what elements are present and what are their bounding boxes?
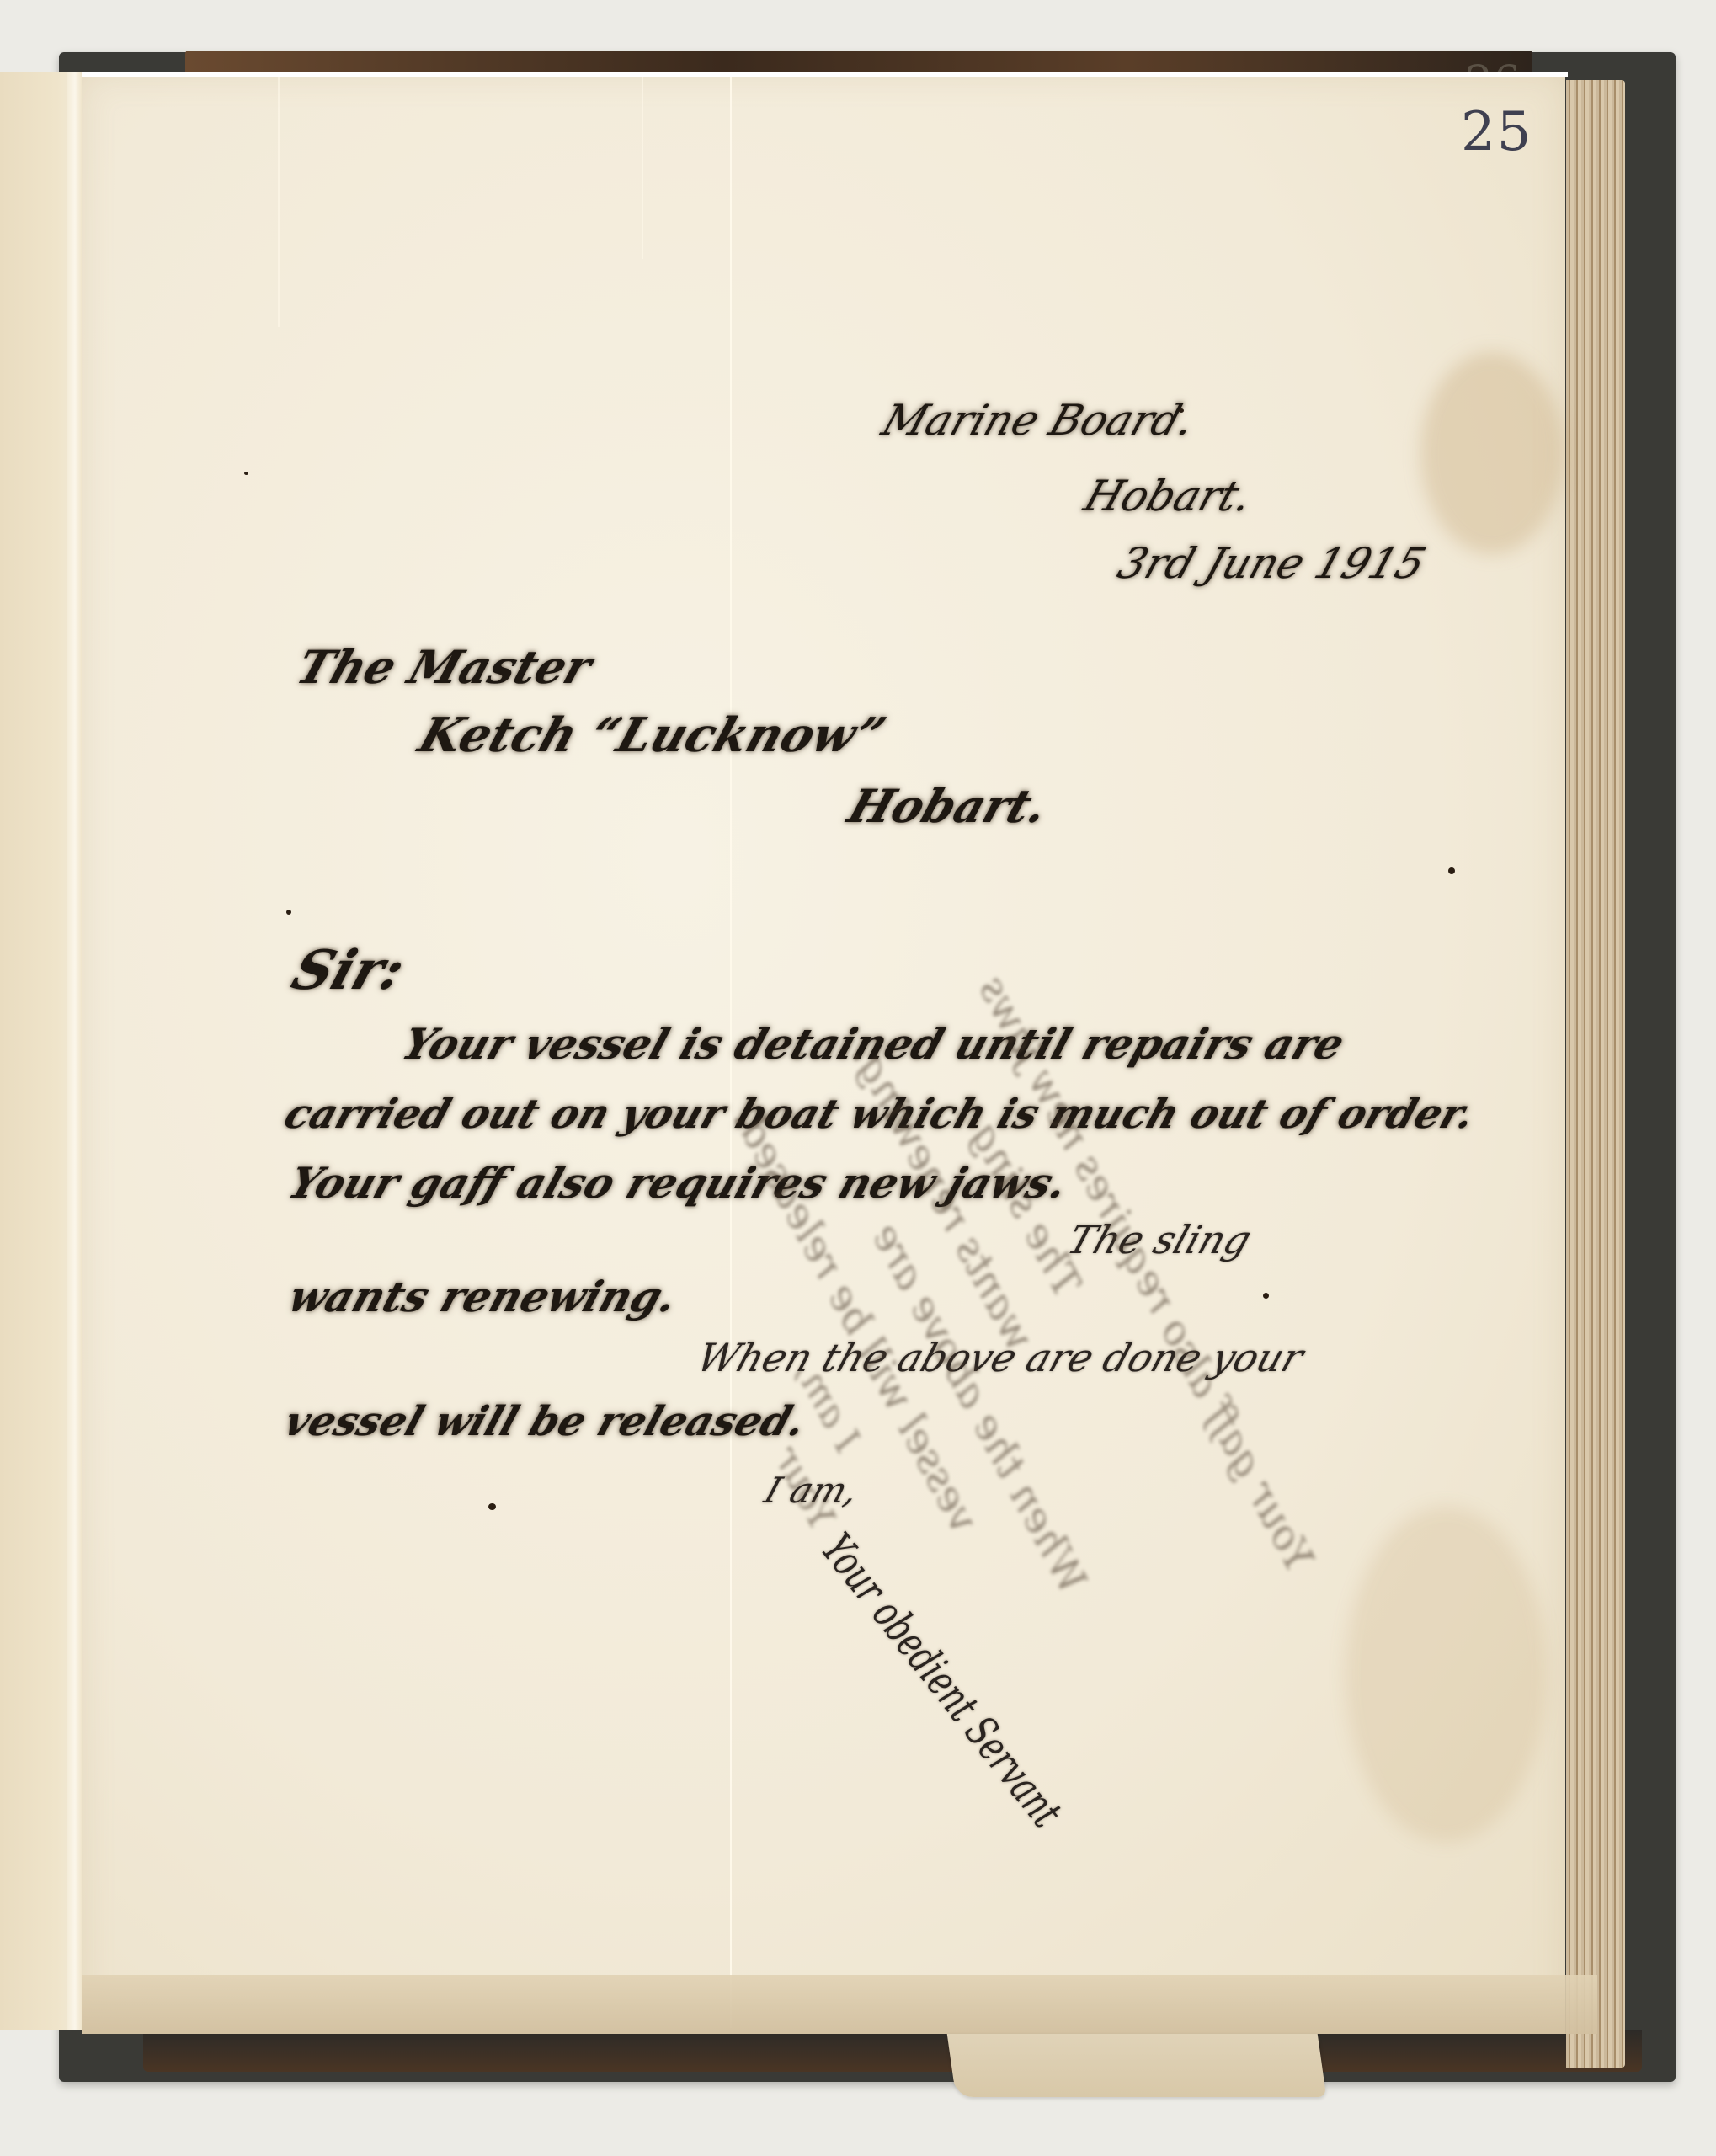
addressee-place: Hobart. — [842, 779, 1055, 833]
addressee-line-1: The Master — [290, 640, 599, 694]
book-bottom-edge — [143, 2030, 1642, 2072]
salutation: Sir: — [285, 939, 413, 1002]
page-stack-edge — [1566, 80, 1625, 2068]
letterhead-organisation: Marine Board. — [877, 396, 1202, 445]
ink-speck — [488, 1503, 496, 1510]
ink-speck — [1263, 1293, 1269, 1299]
page-top-edge — [82, 72, 1568, 77]
ink-speck — [286, 910, 291, 915]
book-gutter — [67, 72, 83, 2030]
ink-speck — [244, 472, 248, 475]
paper-crease — [278, 74, 280, 327]
addressee-vessel: Ketch “Lucknow” — [412, 707, 892, 763]
bookmark-slip — [947, 2034, 1327, 2097]
letterhead-place: Hobart. — [1079, 472, 1259, 520]
paper-crease — [642, 74, 643, 259]
tissue-leaf-edge — [82, 1975, 1597, 2034]
page-number: 25 — [1461, 101, 1532, 163]
ink-bleed-stain — [1345, 1506, 1547, 1843]
water-stain — [1420, 352, 1564, 554]
book-top-edge-wear — [185, 51, 1532, 74]
letter-date: 3rd June 1915 — [1112, 539, 1432, 588]
ink-speck — [1179, 408, 1184, 413]
ink-speck — [1448, 867, 1455, 874]
